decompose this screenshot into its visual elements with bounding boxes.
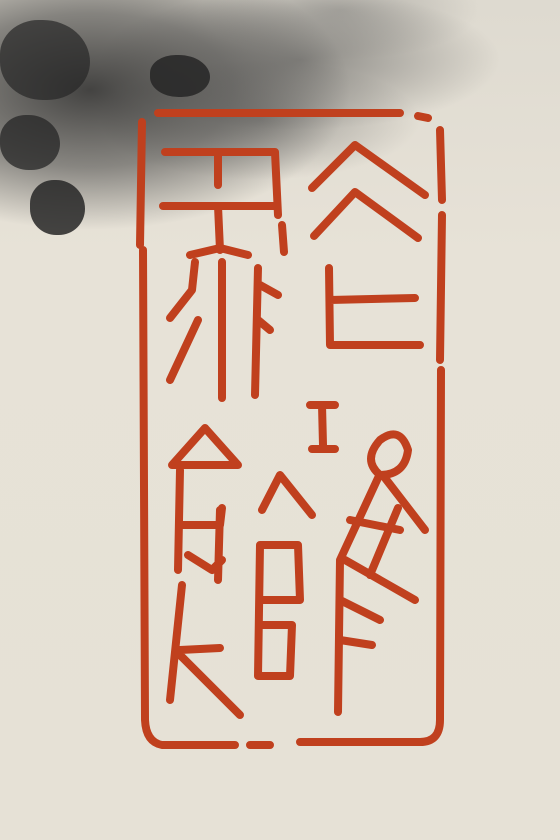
seal-stamp (0, 0, 560, 840)
